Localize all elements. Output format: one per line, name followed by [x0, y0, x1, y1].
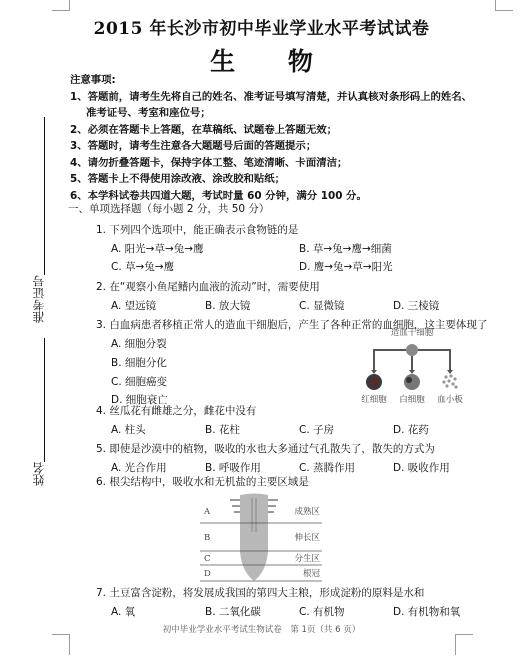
- stem-cell-icon: [406, 344, 418, 356]
- crop-mark-top-left: [52, 0, 70, 11]
- option: C. 有机物: [299, 604, 345, 619]
- figure-label: C: [204, 554, 211, 564]
- exam-id-label: 准考证号: [30, 275, 47, 323]
- binding-line: [44, 338, 45, 462]
- figure-label: 成熟区: [294, 506, 320, 517]
- figure-label: 造血干细胞: [391, 327, 434, 338]
- note-item: 5、答题卡上不得使用涂改液、涂改胶和贴纸；: [70, 171, 472, 188]
- figure-label: D: [204, 569, 211, 579]
- crop-mark-bottom-left: [52, 634, 70, 655]
- option: A. 光合作用: [111, 460, 167, 475]
- option: C. 蒸腾作用: [299, 460, 355, 475]
- question-stem: 1. 下列四个选项中，能正确表示食物链的是: [96, 222, 298, 237]
- note-item: 2、必须在答题卡上答题，在草稿纸、试题卷上答题无效；: [70, 122, 472, 139]
- figure-label: 分生区: [294, 553, 320, 564]
- exam-notes: 注意事项: 1、答题前，请考生先将自己的姓名、准考证号填写清楚，并认真核对条形码…: [70, 72, 472, 204]
- root-tip-diagram: A B C D 成熟区 伸长区 分生区 根冠: [200, 492, 340, 582]
- option: A. 柱头: [111, 422, 146, 437]
- note-item: 4、请勿折叠答题卡，保持字体工整、笔迹清晰、卡面清洁；: [70, 155, 472, 172]
- option: D. 吸收作用: [393, 460, 450, 475]
- option: D. 三棱镜: [393, 298, 439, 313]
- question-stem: 5. 即使是沙漠中的植物，吸收的水也大多通过气孔散失了，散失的方式为: [96, 441, 435, 456]
- note-item: 准考证号、考室和座位号；: [70, 105, 472, 122]
- option: B. 二氧化碳: [205, 604, 261, 619]
- figure-label: 白细胞: [399, 394, 425, 405]
- option: C. 草→兔→鹰: [111, 259, 174, 274]
- question-stem: 4. 丝瓜花有雌雄之分，雌花中没有: [96, 403, 256, 418]
- option: B. 呼吸作用: [205, 460, 261, 475]
- option: C. 细胞癌变: [111, 374, 167, 389]
- option: A. 阳光→草→兔→鹰: [111, 241, 204, 256]
- option: C. 子房: [299, 422, 334, 437]
- option: A. 氧: [111, 604, 135, 619]
- option: B. 草→兔→鹰→细菌: [299, 241, 392, 256]
- page-footer: 初中毕业学业水平考试生物试卷 第 1页（共 6 页）: [0, 623, 523, 635]
- figure-label: A: [203, 507, 211, 517]
- figure-label: 根冠: [303, 568, 321, 579]
- platelet-icon: [442, 374, 457, 388]
- option: A. 望远镜: [111, 298, 156, 313]
- binding-line: [44, 117, 45, 275]
- question-stem: 2. 在“观察小鱼尾鳍内血液的流动”时，需要使用: [96, 279, 320, 294]
- figure-label: B: [204, 533, 210, 543]
- crop-mark-bottom-right: [455, 634, 473, 655]
- white-cell-icon: [404, 374, 420, 390]
- crop-mark-top-right: [495, 0, 513, 11]
- option: D. 花药: [393, 422, 429, 437]
- name-label: 姓名: [30, 462, 47, 486]
- option: C. 显微镜: [299, 298, 345, 313]
- blood-cell-diagram: 造血干细胞 红细胞 白细胞 血小板: [352, 326, 472, 406]
- option: B. 花柱: [205, 422, 240, 437]
- note-item: 1、答题前，请考生先将自己的姓名、准考证号填写清楚，并认真核对条形码上的姓名、: [70, 89, 472, 106]
- notes-heading: 注意事项:: [70, 72, 472, 89]
- option: B. 细胞分化: [111, 355, 167, 370]
- exam-title: 2015 年长沙市初中毕业学业水平考试试卷: [0, 14, 523, 39]
- root-tip-shape: [240, 494, 268, 582]
- note-item: 3、答题时，请考生注意各大题题号后面的答题提示；: [70, 138, 472, 155]
- option: D. 鹰→兔→草→阳光: [299, 259, 393, 274]
- figure-label: 血小板: [437, 394, 463, 405]
- option: D. 有机物和氧: [393, 604, 460, 619]
- option: B. 放大镜: [205, 298, 250, 313]
- option: A. 细胞分裂: [111, 336, 167, 351]
- figure-label: 伸长区: [294, 532, 320, 543]
- question-stem: 6. 根尖结构中，吸收水和无机盐的主要区域是: [96, 474, 309, 489]
- question-stem: 7. 土豆富含淀粉，将发展成我国的第四大主粮，形成淀粉的原料是水和: [96, 585, 424, 600]
- section-title: 一、单项选择题（每小题 2 分，共 50 分）: [68, 201, 269, 216]
- figure-label: 红细胞: [361, 394, 387, 405]
